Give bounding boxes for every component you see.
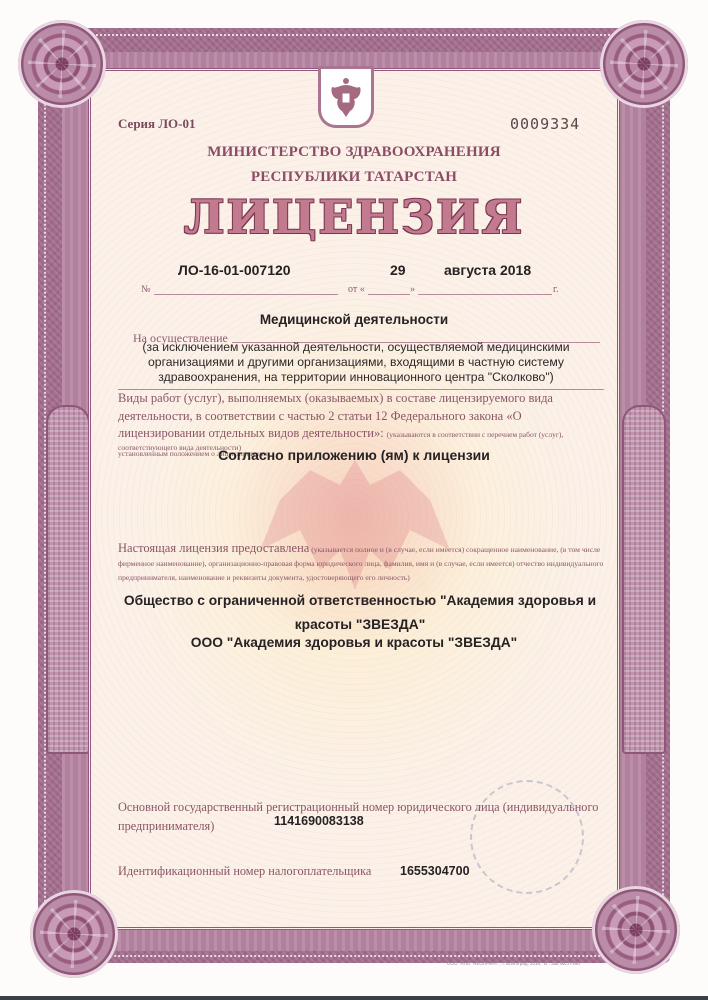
series-label: Серия ЛО-01 [118,116,195,132]
license-number: ЛО-16-01-007120 [178,262,291,278]
date-from-label: от « [348,284,365,295]
license-month-year: августа 2018 [444,262,531,278]
day-underline [368,294,410,295]
corner-rosette-icon [18,20,106,108]
inn-value: 1655304700 [400,864,470,878]
issuer-line-1: МИНИСТЕРСТВО ЗДРАВООХРАНЕНИЯ [0,144,708,161]
activity-name: Медицинской деятельности [0,312,708,327]
corner-rosette-icon [30,890,118,978]
scan-bottom-edge [0,996,708,1000]
serial-number: 0009334 [510,115,580,133]
document-title: ЛИЦЕНЗИЯ [0,190,708,244]
works-value: Согласно приложению (ям) к лицензии [0,447,708,463]
date-quote-close: » [410,284,415,295]
month-underline [418,294,552,295]
printer-imprint: ООО "НПО "НЕОПРИНТ", г. Волгоград, 2016,… [447,961,580,966]
corner-rosette-icon [600,20,688,108]
russian-coat-of-arms-icon [318,66,374,128]
licensee-label-text: Настоящая лицензия предоставлена [118,541,309,555]
corner-rosette-icon [592,886,680,974]
number-underline [154,294,338,295]
activity-note: (за исключением указанной деятельности, … [106,340,606,385]
license-day: 29 [390,262,406,278]
licensee-label: Настоящая лицензия предоставлена (указыв… [118,541,608,585]
number-label: № [141,284,151,295]
licensee-short-name: ООО "Академия здоровья и красоты "ЗВЕЗДА… [0,635,708,650]
issuer-line-2: РЕСПУБЛИКИ ТАТАРСТАН [0,169,708,186]
year-suffix: г. [553,284,558,295]
inn-label: Идентификационный номер налогоплательщик… [118,864,371,879]
licensee-full-name: Общество с ограниченной ответственностью… [110,589,610,637]
ogrn-value: 1141690083138 [274,814,364,828]
